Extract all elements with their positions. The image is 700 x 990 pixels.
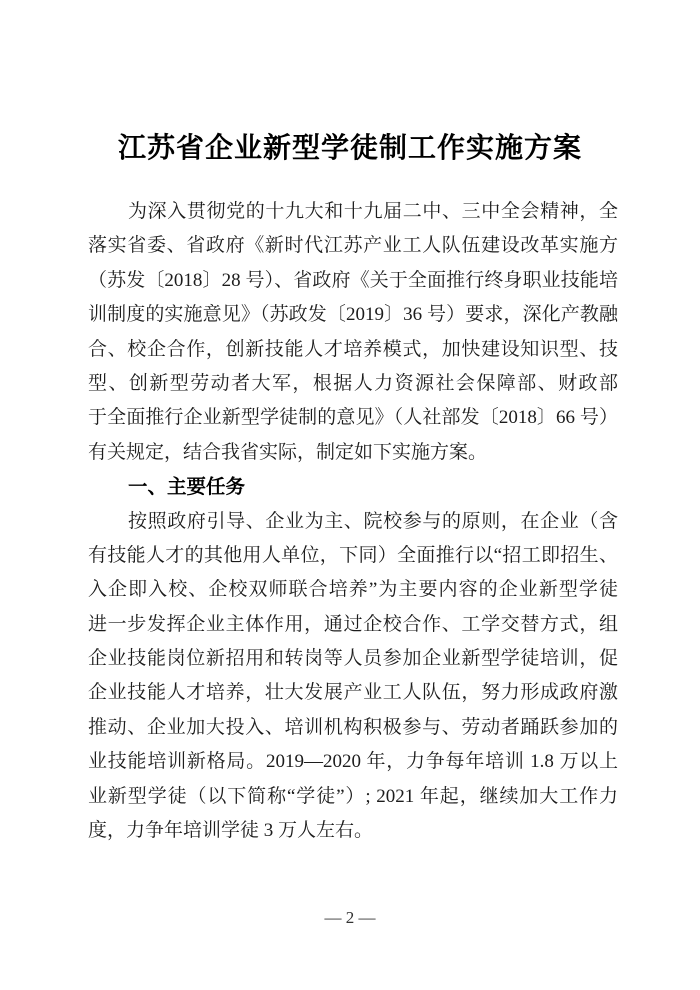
body-line: 度，力争年培训学徒 3 万人左右。	[88, 814, 618, 848]
body-line: 按照政府引导、企业为主、院校参与的原则，在企业（含拥	[88, 505, 618, 539]
section-heading: 一、主要任务	[88, 470, 618, 504]
body-line: 合、校企合作，创新技能人才培养模式，加快建设知识型、技能	[88, 333, 618, 367]
body-line: 入企即入校、企校双师联合培养”为主要内容的企业新型学徒制，	[88, 573, 618, 607]
body-line: （苏发〔2018〕28 号）、省政府《关于全面推行终身职业技能培	[88, 264, 618, 298]
body-line: 推动、企业加大投入、培训机构积极参与、劳动者踊跃参加的职	[88, 711, 618, 745]
body-line: 训制度的实施意见》（苏政发〔2019〕36 号）要求，深化产教融	[88, 298, 618, 332]
document-body: 为深入贯彻党的十九大和十九届二中、三中全会精神，全面 落实省委、省政府《新时代江…	[88, 195, 618, 848]
body-line: 企业技能人才培养，壮大发展产业工人队伍，努力形成政府激励	[88, 676, 618, 710]
body-line: 为深入贯彻党的十九大和十九届二中、三中全会精神，全面	[88, 195, 618, 229]
document-title: 江苏省企业新型学徒制工作实施方案	[0, 129, 700, 169]
body-line: 落实省委、省政府《新时代江苏产业工人队伍建设改革实施方案》	[88, 229, 618, 263]
footer-page-number: — 2 —	[0, 906, 700, 930]
body-line: 业新型学徒（以下简称“学徒”）; 2021 年起，继续加大工作力	[88, 780, 618, 814]
body-line: 业技能培训新格局。2019—2020 年，力争每年培训 1.8 万以上企	[88, 745, 618, 779]
document-page: 江苏省企业新型学徒制工作实施方案 为深入贯彻党的十九大和十九届二中、三中全会精神…	[0, 0, 700, 990]
body-line: 进一步发挥企业主体作用，通过企校合作、工学交替方式，组织	[88, 608, 618, 642]
body-line: 于全面推行企业新型学徒制的意见》（人社部发〔2018〕66 号）	[88, 401, 618, 435]
body-line: 型、创新型劳动者大军，根据人力资源社会保障部、财政部《关	[88, 367, 618, 401]
body-line: 有关规定，结合我省实际，制定如下实施方案。	[88, 436, 618, 470]
body-line: 企业技能岗位新招用和转岗等人员参加企业新型学徒培训，促进	[88, 642, 618, 676]
body-line: 有技能人才的其他用人单位，下同）全面推行以“招工即招生、	[88, 539, 618, 573]
